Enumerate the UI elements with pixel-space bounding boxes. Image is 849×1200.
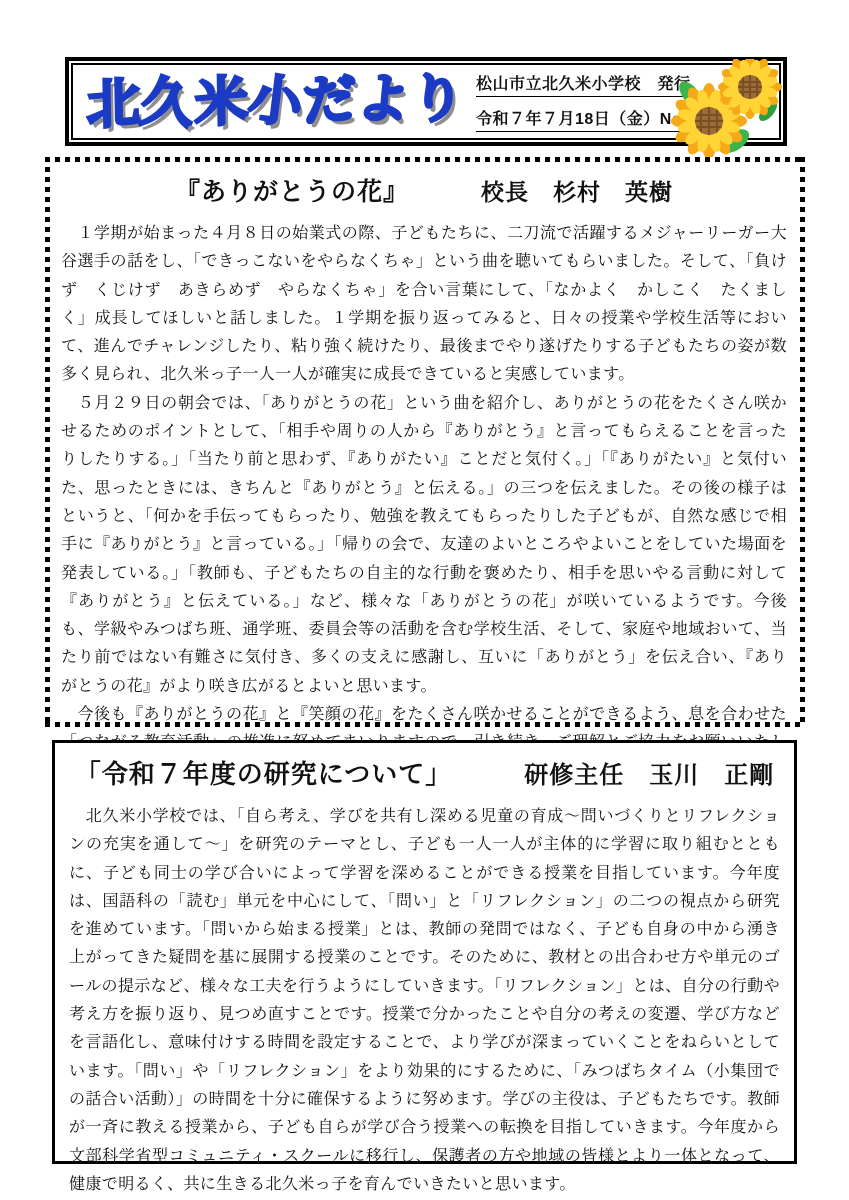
article1-paragraph-1: １学期が始まった４月８日の始業式の際、子どもたちに、二刀流で活躍するメジャーリー…: [61, 220, 787, 390]
newsletter-title: 北久米小だより: [85, 72, 469, 132]
publisher-name: 松山市立北久米小学校 発行: [476, 71, 696, 97]
newsletter-page: 北久米小だより 松山市立北久米小学校 発行 令和７年７月18日（金）No.2: [0, 0, 849, 1200]
article-arigatou-no-hana: 『ありがとうの花』 校長 杉村 英樹 １学期が始まった４月８日の始業式の際、子ど…: [45, 157, 805, 727]
article1-author: 校長 杉村 英樹: [481, 174, 673, 207]
newsletter-header: 北久米小だより 松山市立北久米小学校 発行 令和７年７月18日（金）No.2: [65, 57, 787, 146]
sunflower-icon: [671, 59, 783, 159]
article2-paragraph-1: 北久米小学校では、「自ら考え、学びを共有し深める児童の育成～問いづくりとリフレク…: [69, 803, 780, 1199]
article2-header: 「令和７年度の研究について」 研修主任 玉川 正剛: [69, 754, 780, 791]
article2-title: 「令和７年度の研究について」: [75, 754, 452, 791]
newsletter-header-inner: 北久米小だより 松山市立北久米小学校 発行 令和７年７月18日（金）No.2: [71, 63, 781, 140]
title-area: 北久米小だより: [73, 75, 468, 128]
article2-author: 研修主任 玉川 正剛: [524, 755, 774, 790]
article1-title: 『ありがとうの花』: [175, 172, 409, 208]
article1-paragraph-2: ５月２９日の朝会では、「ありがとうの花」という曲を紹介し、ありがとうの花をたくさ…: [61, 390, 787, 701]
publisher-info: 松山市立北久米小学校 発行 令和７年７月18日（金）No.2: [476, 71, 696, 132]
article1-header: 『ありがとうの花』 校長 杉村 英樹: [61, 172, 787, 208]
issue-date: 令和７年７月18日（金）No.2: [476, 106, 696, 132]
article-research-plan: 「令和７年度の研究について」 研修主任 玉川 正剛 北久米小学校では、「自ら考え…: [52, 740, 797, 1164]
